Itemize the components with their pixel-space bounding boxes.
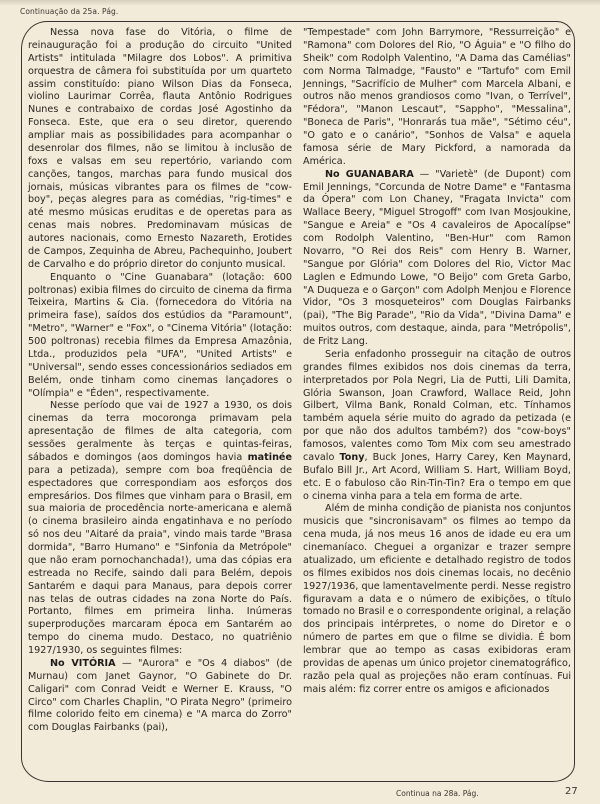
paragraph-cine-guanabara: Enquanto o "Cine Guanabara" (lotação: 60… [28,272,292,401]
paragraph-other-films: Seria enfadonho prosseguir na citação de… [303,349,571,504]
paragraph-pianist-registry: Além de minha condição de pianista nos c… [303,503,571,696]
paragraph-period-1927-1930: Nesse período que vai de 1927 a 1930, os… [28,400,292,658]
continuation-footer: Continua na 28a. Pág. [396,789,479,798]
emphasis-tony: Tony [339,452,364,463]
page-top-edge [0,0,600,6]
emphasis-matinee: matinée [248,452,292,463]
paragraph-vitoria-continued: "Tempestade" com John Barrymore, "Ressur… [303,27,571,169]
right-column: "Tempestade" com John Barrymore, "Ressur… [303,27,571,697]
left-column: Nessa nova fase do Vitória, o filme de r… [28,27,292,735]
text-run: — "Varietè" (de Dupont) com Emil Jenning… [303,169,571,347]
text-run: para a petizada), sempre com boa freqüên… [28,465,292,656]
page-number: 27 [565,786,578,797]
section-label-no-guanabara: No GUANABARA [325,169,414,180]
text-run: — "Aurora" e "Os 4 diabos" (de Murnau) c… [28,658,292,733]
text-run: Seria enfadonho prosseguir na citação de… [303,349,571,463]
section-label-no-vitoria: No VITÓRIA [50,658,116,669]
paragraph-no-vitoria: No VITÓRIA — "Aurora" e "Os 4 diabos" (d… [28,658,292,735]
continuation-header: Continuação da 25a. Pág. [20,7,118,16]
paragraph-vitoria-new-phase: Nessa nova fase do Vitória, o filme de r… [28,27,292,272]
paragraph-no-guanabara: No GUANABARA — "Varietè" (de Dupont) com… [303,169,571,349]
